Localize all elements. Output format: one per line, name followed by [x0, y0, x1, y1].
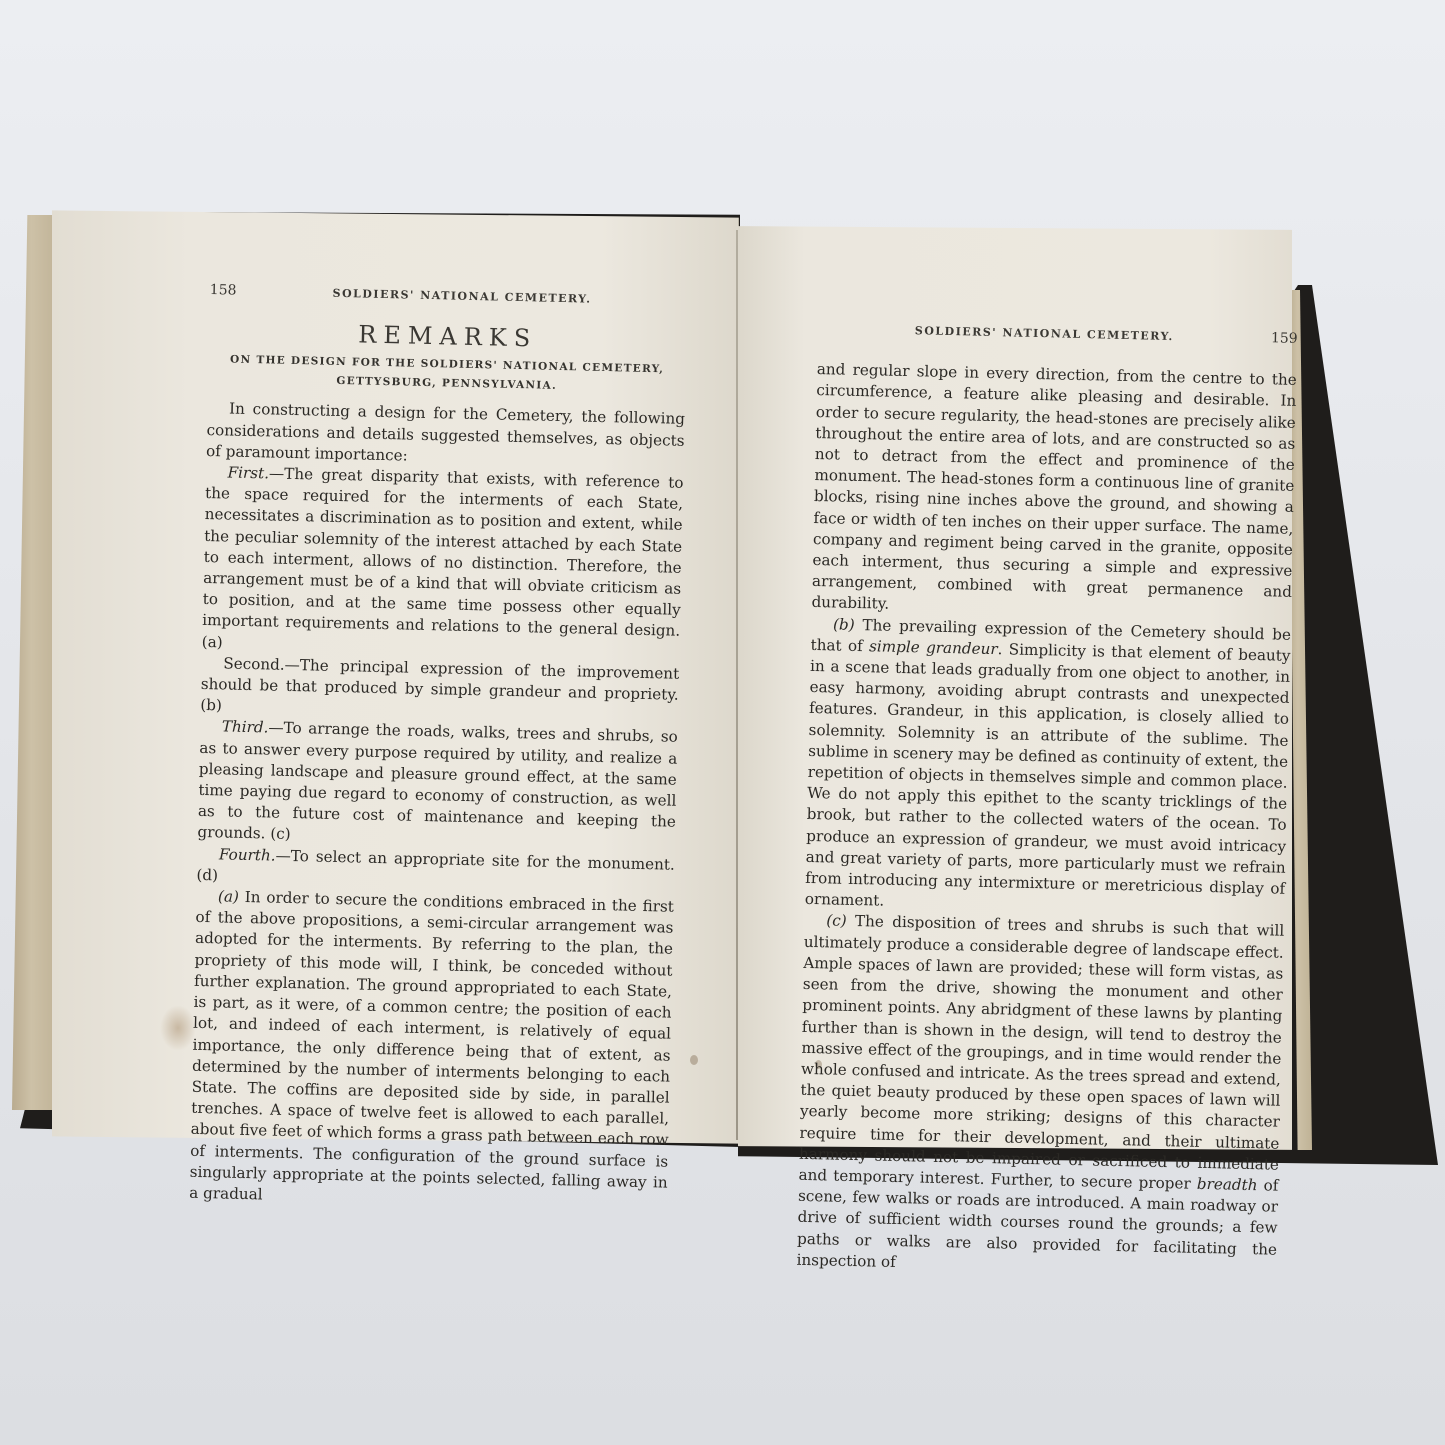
page-stain: [160, 1005, 196, 1051]
book-gutter: [736, 230, 738, 1140]
paragraph: and regular slope in every direction, fr…: [811, 359, 1297, 624]
left-page-text: 158 SOLDIERS' NATIONAL CEMETERY. REMARKS…: [189, 280, 688, 1215]
page-number: 159: [1271, 328, 1298, 350]
page-number: 158: [210, 280, 237, 302]
right-page-text: SOLDIERS' NATIONAL CEMETERY. 159 and reg…: [796, 318, 1297, 1282]
chapter-subheading: ON THE DESIGN FOR THE SOLDIERS' NATIONAL…: [208, 350, 687, 399]
chapter-heading: REMARKS: [209, 321, 687, 353]
paragraph: Third.—To arrange the roads, walks, tree…: [197, 716, 678, 854]
paragraph: (c) The disposition of trees and shrubs …: [796, 910, 1284, 1281]
page-spot: [690, 1055, 698, 1065]
paragraph: First.—The great disparity that exists, …: [202, 462, 684, 664]
paragraph: (b) The prevailing expression of the Cem…: [805, 614, 1292, 922]
paragraph: In constructing a design for the Cemeter…: [206, 398, 685, 472]
paragraph: Second.—The principal expression of the …: [200, 653, 679, 727]
paragraph: (a) In order to secure the conditions em…: [189, 886, 674, 1215]
